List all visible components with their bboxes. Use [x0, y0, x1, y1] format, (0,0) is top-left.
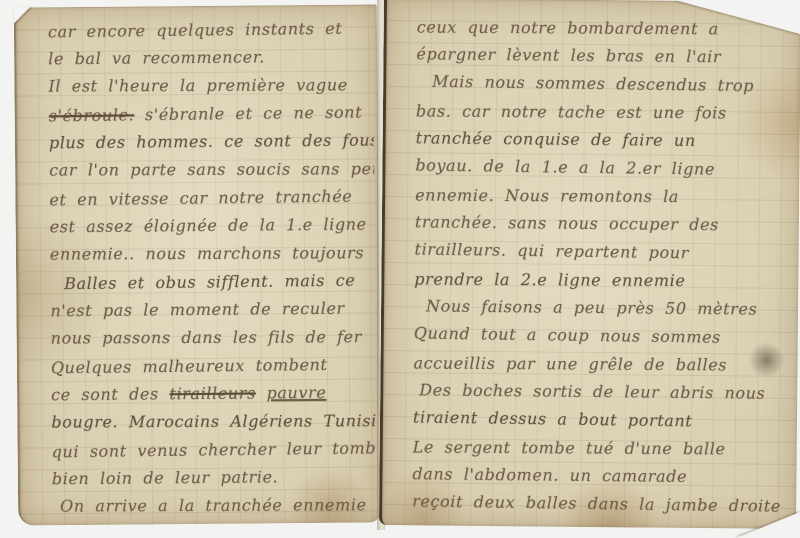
handwriting-text: qui sont venus chercher leur tombe [52, 438, 377, 461]
handwriting-line: Le sergent tombe tué d'une balle [413, 433, 793, 463]
handwriting-text: Nous faisons a peu près 50 mètres [426, 296, 757, 318]
folded-corner [14, 6, 31, 23]
handwriting-line: dans l'abdomen. un camarade [412, 460, 792, 492]
handwriting-text: s'ébranle et ce ne sont [134, 103, 362, 125]
handwriting-text: tranchée conquise de faire un [416, 128, 696, 150]
scanned-notebook: car encore quelques instants etle bal va… [0, 0, 800, 538]
handwriting-line: accueillis par une grêle de balles [413, 349, 793, 379]
handwriting-text: tirailleurs. qui repartent pour [414, 239, 689, 262]
handwriting-line: tirailleurs. qui repartent pour [414, 235, 794, 268]
handwriting-text: ennemie.. nous marchons toujours [50, 243, 364, 263]
handwriting-line: et en vitesse car notre tranchée [49, 182, 374, 214]
handwriting-line: bien loin de leur patrie. [52, 462, 377, 493]
handwriting-line: Il est l'heure la première vague [48, 71, 373, 100]
handwriting-text: est assez éloignée de la 1.e ligne [50, 215, 367, 237]
handwriting-text: et en vitesse car notre tranchée [49, 187, 352, 210]
torn-corner-bottom-right [736, 512, 800, 538]
handwriting-line: Des boches sortis de leur abris nous [413, 376, 793, 408]
handwriting-line: tranchée. sans nous occuper des [415, 208, 795, 240]
handwriting-text: Il est l'heure la première vague [48, 75, 347, 95]
handwriting-line: n'est pas le moment de reculer [50, 294, 375, 325]
left-page: car encore quelques instants etle bal va… [14, 4, 382, 525]
handwriting-text: Le sergent tombe tué d'une balle [413, 437, 726, 458]
handwriting-text: On arrive a la tranchée ennemie [60, 495, 367, 515]
handwriting-line: On arrive a la tranchée ennemie [52, 491, 377, 520]
handwriting-line: ce sont des tirailleurs pauvre [51, 378, 376, 409]
handwriting-line: boyau. de la 1.e a la 2.er ligne [415, 151, 795, 184]
handwriting-line: épargner lèvent les bras en l'air [416, 40, 796, 72]
handwriting-line: ennemie.. nous marchons toujours [50, 239, 375, 268]
handwriting-line: Nous faisons a peu près 50 mètres [414, 292, 794, 324]
handwriting-line: plus des hommes. ce sont des fous [49, 126, 374, 157]
handwriting-text: Mais nous sommes descendus trop [432, 72, 754, 95]
handwriting-line: Mais nous sommes descendus trop [416, 67, 796, 100]
right-page: ceux que notre bombardement aépargner lè… [379, 0, 800, 529]
handwriting-text: Balles et obus sifflent. mais ce [64, 271, 355, 294]
left-page-text: car encore quelques instants etle bal va… [48, 14, 377, 521]
handwriting-text: Quelques malheureux tombent [51, 355, 328, 377]
handwriting-text: ennemie. Nous remontons la [415, 185, 679, 206]
handwriting-line: est assez éloignée de la 1.e ligne [50, 210, 375, 241]
handwriting-text: boyau. de la 1.e a la 2.er ligne [415, 155, 715, 178]
handwriting-text: reçoit deux balles dans la jambe droite [412, 491, 781, 515]
handwriting-line: tranchée conquise de faire un [416, 124, 796, 156]
handwriting-text: car encore quelques instants et [48, 19, 343, 42]
handwriting-line: bas. car notre tache est une fois [416, 97, 796, 127]
handwriting-text: ceux que notre bombardement a [417, 17, 719, 38]
handwriting-text: nous passons dans les fils de fer [51, 327, 362, 347]
handwriting-line: bougre. Marocains Algériens Tunisiens [51, 407, 376, 436]
handwriting-text: accueillis par une grêle de balles [413, 353, 727, 374]
handwriting-line: Quand tout a coup nous sommes [414, 319, 794, 352]
handwriting-line: nous passons dans les fils de fer [51, 323, 376, 352]
torn-corner-top-right [675, 0, 800, 34]
handwriting-text [256, 383, 267, 402]
handwriting-text: plus des hommes. ce sont des fous [49, 130, 374, 152]
handwriting-line: s'ébroule. s'ébranle et ce ne sont [49, 98, 374, 130]
handwriting-line: prendre la 2.e ligne ennemie [414, 265, 794, 295]
handwriting-line: car l'on parte sans soucis sans peur [49, 155, 374, 184]
right-page-text: ceux que notre bombardement aépargner lè… [412, 12, 797, 525]
handwriting-line: ennemie. Nous remontons la [415, 181, 795, 211]
handwriting-text: car l'on parte sans soucis sans peur [49, 159, 374, 179]
handwriting-line: car encore quelques instants et [48, 14, 373, 46]
handwriting-text: bas. car notre tache est une fois [416, 101, 727, 122]
handwriting-text: dans l'abdomen. un camarade [412, 464, 687, 486]
handwriting-line: Quelques malheureux tombent [51, 350, 376, 382]
handwriting-line: tiraient dessus a bout portant [413, 403, 793, 436]
struck-word: tirailleurs [169, 383, 255, 403]
handwriting-text: prendre la 2.e ligne ennemie [414, 269, 685, 290]
handwriting-text: bougre. Marocains Algériens Tunisiens [51, 411, 376, 432]
handwriting-text: tiraient dessus a bout portant [413, 407, 693, 430]
struck-word: s'ébroule. [49, 105, 135, 125]
handwriting-text: Quand tout a coup nous sommes [414, 323, 721, 346]
handwriting-line: Balles et obus sifflent. mais ce [50, 266, 375, 298]
handwriting-text: ce sont des [51, 384, 170, 404]
handwriting-text: Des boches sortis de leur abris nous [419, 380, 765, 402]
handwriting-text: épargner lèvent les bras en l'air [416, 44, 721, 66]
handwriting-text: tranchée. sans nous occuper des [415, 212, 719, 234]
handwriting-line: qui sont venus chercher leur tombe [51, 434, 376, 466]
underlined-word: pauvre [266, 383, 326, 403]
handwriting-text: le bal va recommencer. [48, 47, 265, 68]
handwriting-text: bien loin de leur patrie. [52, 467, 279, 488]
handwriting-text: n'est pas le moment de reculer [50, 299, 344, 321]
handwriting-line: le bal va recommencer. [48, 42, 373, 73]
